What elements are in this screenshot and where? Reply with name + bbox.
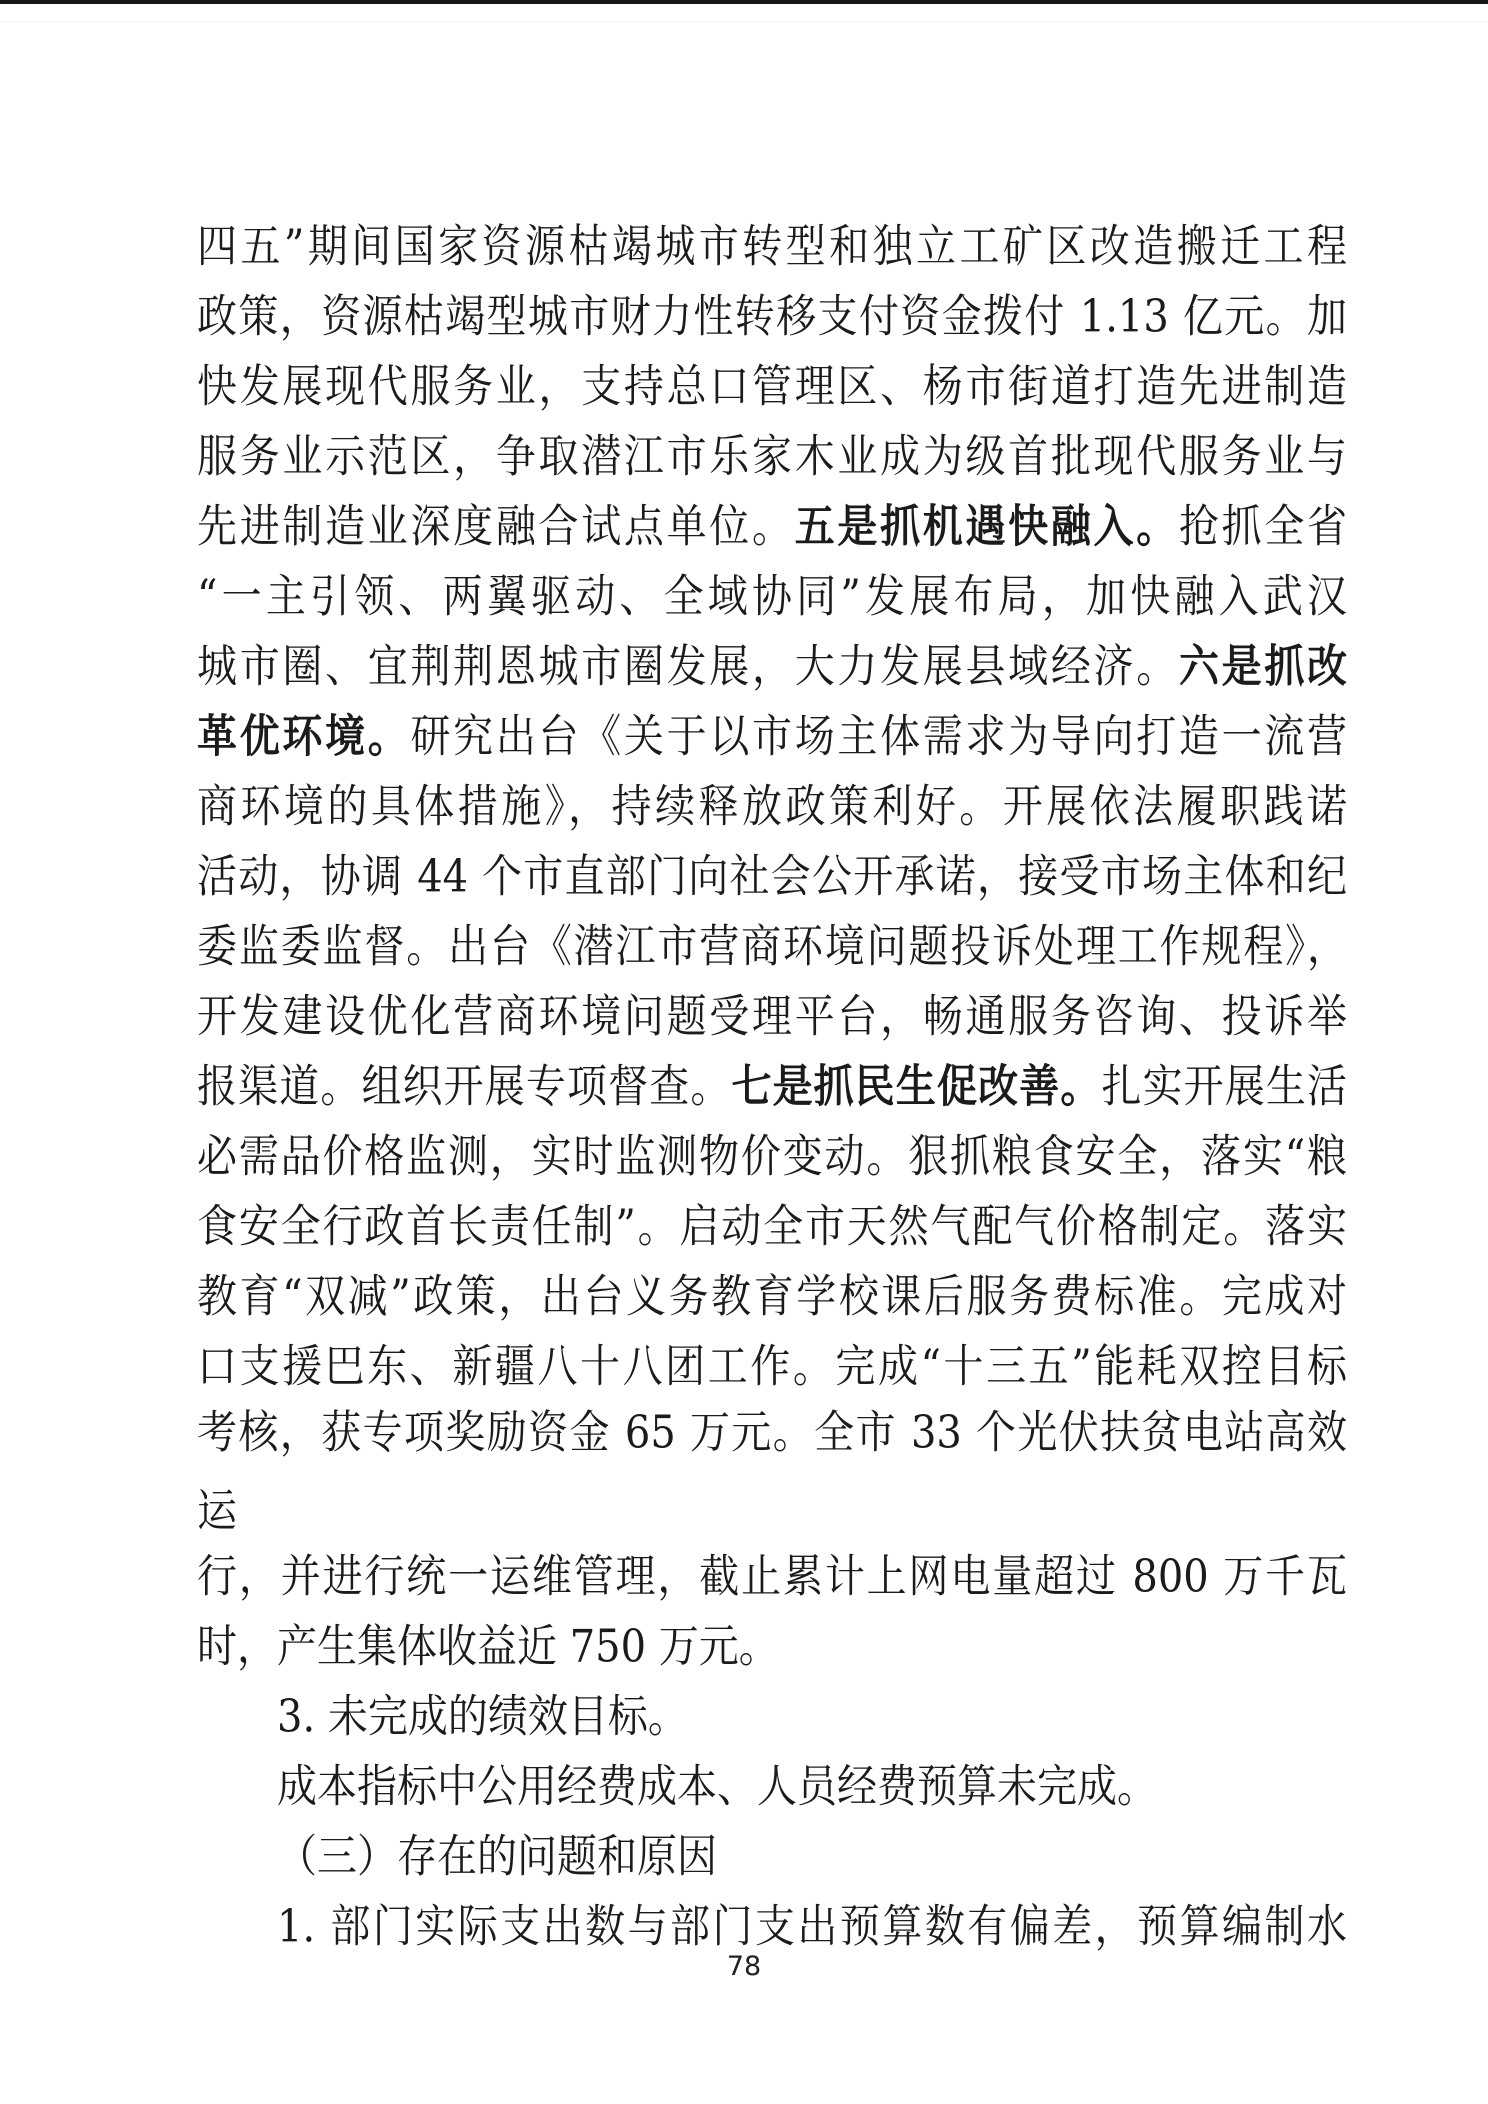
scan-artifact-line <box>0 21 1488 22</box>
text-line: 考核，获专项奖励资金 65 万元。全市 33 个光伏扶贫电站高效运 <box>197 1394 1347 1551</box>
text-run: （三）存在的问题和原因 <box>277 1831 717 1883</box>
text-run: 扎实开展生活 <box>1101 1061 1347 1113</box>
text-line: 商环境的具体措施》，持续释放政策利好。开展依法履职践诺 <box>197 768 1347 846</box>
text-run: 必需品价格监测，实时监测物价变动。狠抓粮食安全，落实“粮 <box>197 1131 1347 1183</box>
text-run: 时，产生集体收益近 750 万元。 <box>197 1621 779 1673</box>
body-text: 四五”期间国家资源枯竭城市转型和独立工矿区改造搬迁工程 政策，资源枯竭型城市财力… <box>197 212 1347 1962</box>
text-run: 成本指标中公用经费成本、人员经费预算未完成。 <box>277 1761 1157 1813</box>
text-run-bold: 革优环境。 <box>197 710 410 763</box>
text-run-bold: 五是抓机遇快融入。 <box>795 500 1179 553</box>
text-run: 政策，资源枯竭型城市财力性转移支付资金拨付 1.13 亿元。加 <box>197 291 1347 343</box>
text-run: 行，并进行统一运维管理，截止累计上网电量超过 800 万千瓦 <box>197 1551 1347 1603</box>
text-run: 报渠道。组织开展专项督查。 <box>197 1061 731 1113</box>
text-line: 服务业示范区，争取潜江市乐家木业成为级首批现代服务业与 <box>197 418 1347 496</box>
text-line: 政策，资源枯竭型城市财力性转移支付资金拨付 1.13 亿元。加 <box>197 278 1347 356</box>
text-line: 食安全行政首长责任制”。启动全市天然气配气价格制定。落实 <box>197 1188 1347 1266</box>
text-line: 时，产生集体收益近 750 万元。 <box>197 1608 1347 1686</box>
text-line: 3. 未完成的绩效目标。 <box>197 1678 1347 1756</box>
text-run: 考核，获专项奖励资金 65 万元。全市 33 个光伏扶贫电站高效运 <box>197 1407 1347 1537</box>
text-run: 商环境的具体措施》，持续释放政策利好。开展依法履职践诺 <box>197 781 1347 833</box>
text-run: 快发展现代服务业，支持总口管理区、杨市街道打造先进制造 <box>197 361 1347 413</box>
text-run: 教育“双减”政策，出台义务教育学校课后服务费标准。完成对 <box>197 1271 1347 1323</box>
text-line: “一主引领、两翼驱动、全域协同”发展布局，加快融入武汉 <box>197 558 1347 636</box>
text-line: 教育“双减”政策，出台义务教育学校课后服务费标准。完成对 <box>197 1258 1347 1336</box>
text-run-bold: 七是抓民生促改善。 <box>731 1060 1101 1113</box>
text-run: 1. 部门实际支出数与部门支出预算数有偏差，预算编制水 <box>277 1901 1347 1953</box>
text-run: “一主引领、两翼驱动、全域协同”发展布局，加快融入武汉 <box>197 571 1347 623</box>
text-run: 四五”期间国家资源枯竭城市转型和独立工矿区改造搬迁工程 <box>197 221 1347 273</box>
document-page: 四五”期间国家资源枯竭城市转型和独立工矿区改造搬迁工程 政策，资源枯竭型城市财力… <box>0 0 1488 2104</box>
text-line: 城市圈、宜荆荆恩城市圈发展，大力发展县域经济。六是抓改 <box>197 628 1347 706</box>
page-number: 78 <box>0 1950 1488 1984</box>
text-run: 城市圈、宜荆荆恩城市圈发展，大力发展县域经济。 <box>197 641 1179 693</box>
text-line: 活动，协调 44 个市直部门向社会公开承诺，接受市场主体和纪 <box>197 838 1347 916</box>
text-run-bold: 六是抓改 <box>1179 640 1347 693</box>
text-run: 口支援巴东、新疆八十八团工作。完成“十三五”能耗双控目标 <box>197 1341 1347 1393</box>
text-line: 必需品价格监测，实时监测物价变动。狠抓粮食安全，落实“粮 <box>197 1118 1347 1196</box>
text-line: 革优环境。研究出台《关于以市场主体需求为导向打造一流营 <box>197 698 1347 776</box>
text-run: 3. 未完成的绩效目标。 <box>277 1691 688 1743</box>
text-run: 开发建设优化营商环境问题受理平台，畅通服务咨询、投诉举 <box>197 991 1347 1043</box>
text-run: 抢抓全省 <box>1179 501 1347 553</box>
text-run: 委监委监督。出台《潜江市营商环境问题投诉处理工作规程》， <box>197 921 1347 973</box>
text-run: 服务业示范区，争取潜江市乐家木业成为级首批现代服务业与 <box>197 431 1347 483</box>
text-line: 先进制造业深度融合试点单位。五是抓机遇快融入。抢抓全省 <box>197 488 1347 566</box>
text-line: 报渠道。组织开展专项督查。七是抓民生促改善。扎实开展生活 <box>197 1048 1347 1126</box>
text-line: （三）存在的问题和原因 <box>197 1818 1347 1896</box>
text-line: 行，并进行统一运维管理，截止累计上网电量超过 800 万千瓦 <box>197 1538 1347 1616</box>
text-line: 快发展现代服务业，支持总口管理区、杨市街道打造先进制造 <box>197 348 1347 426</box>
text-line: 四五”期间国家资源枯竭城市转型和独立工矿区改造搬迁工程 <box>197 208 1347 286</box>
text-line: 委监委监督。出台《潜江市营商环境问题投诉处理工作规程》， <box>197 908 1347 986</box>
text-run: 食安全行政首长责任制”。启动全市天然气配气价格制定。落实 <box>197 1201 1347 1253</box>
text-line: 开发建设优化营商环境问题受理平台，畅通服务咨询、投诉举 <box>197 978 1347 1056</box>
scan-top-border <box>0 0 1488 4</box>
text-run: 先进制造业深度融合试点单位。 <box>197 501 795 553</box>
text-line: 成本指标中公用经费成本、人员经费预算未完成。 <box>197 1748 1347 1826</box>
text-run: 活动，协调 44 个市直部门向社会公开承诺，接受市场主体和纪 <box>197 851 1347 903</box>
text-run: 研究出台《关于以市场主体需求为导向打造一流营 <box>410 711 1347 763</box>
